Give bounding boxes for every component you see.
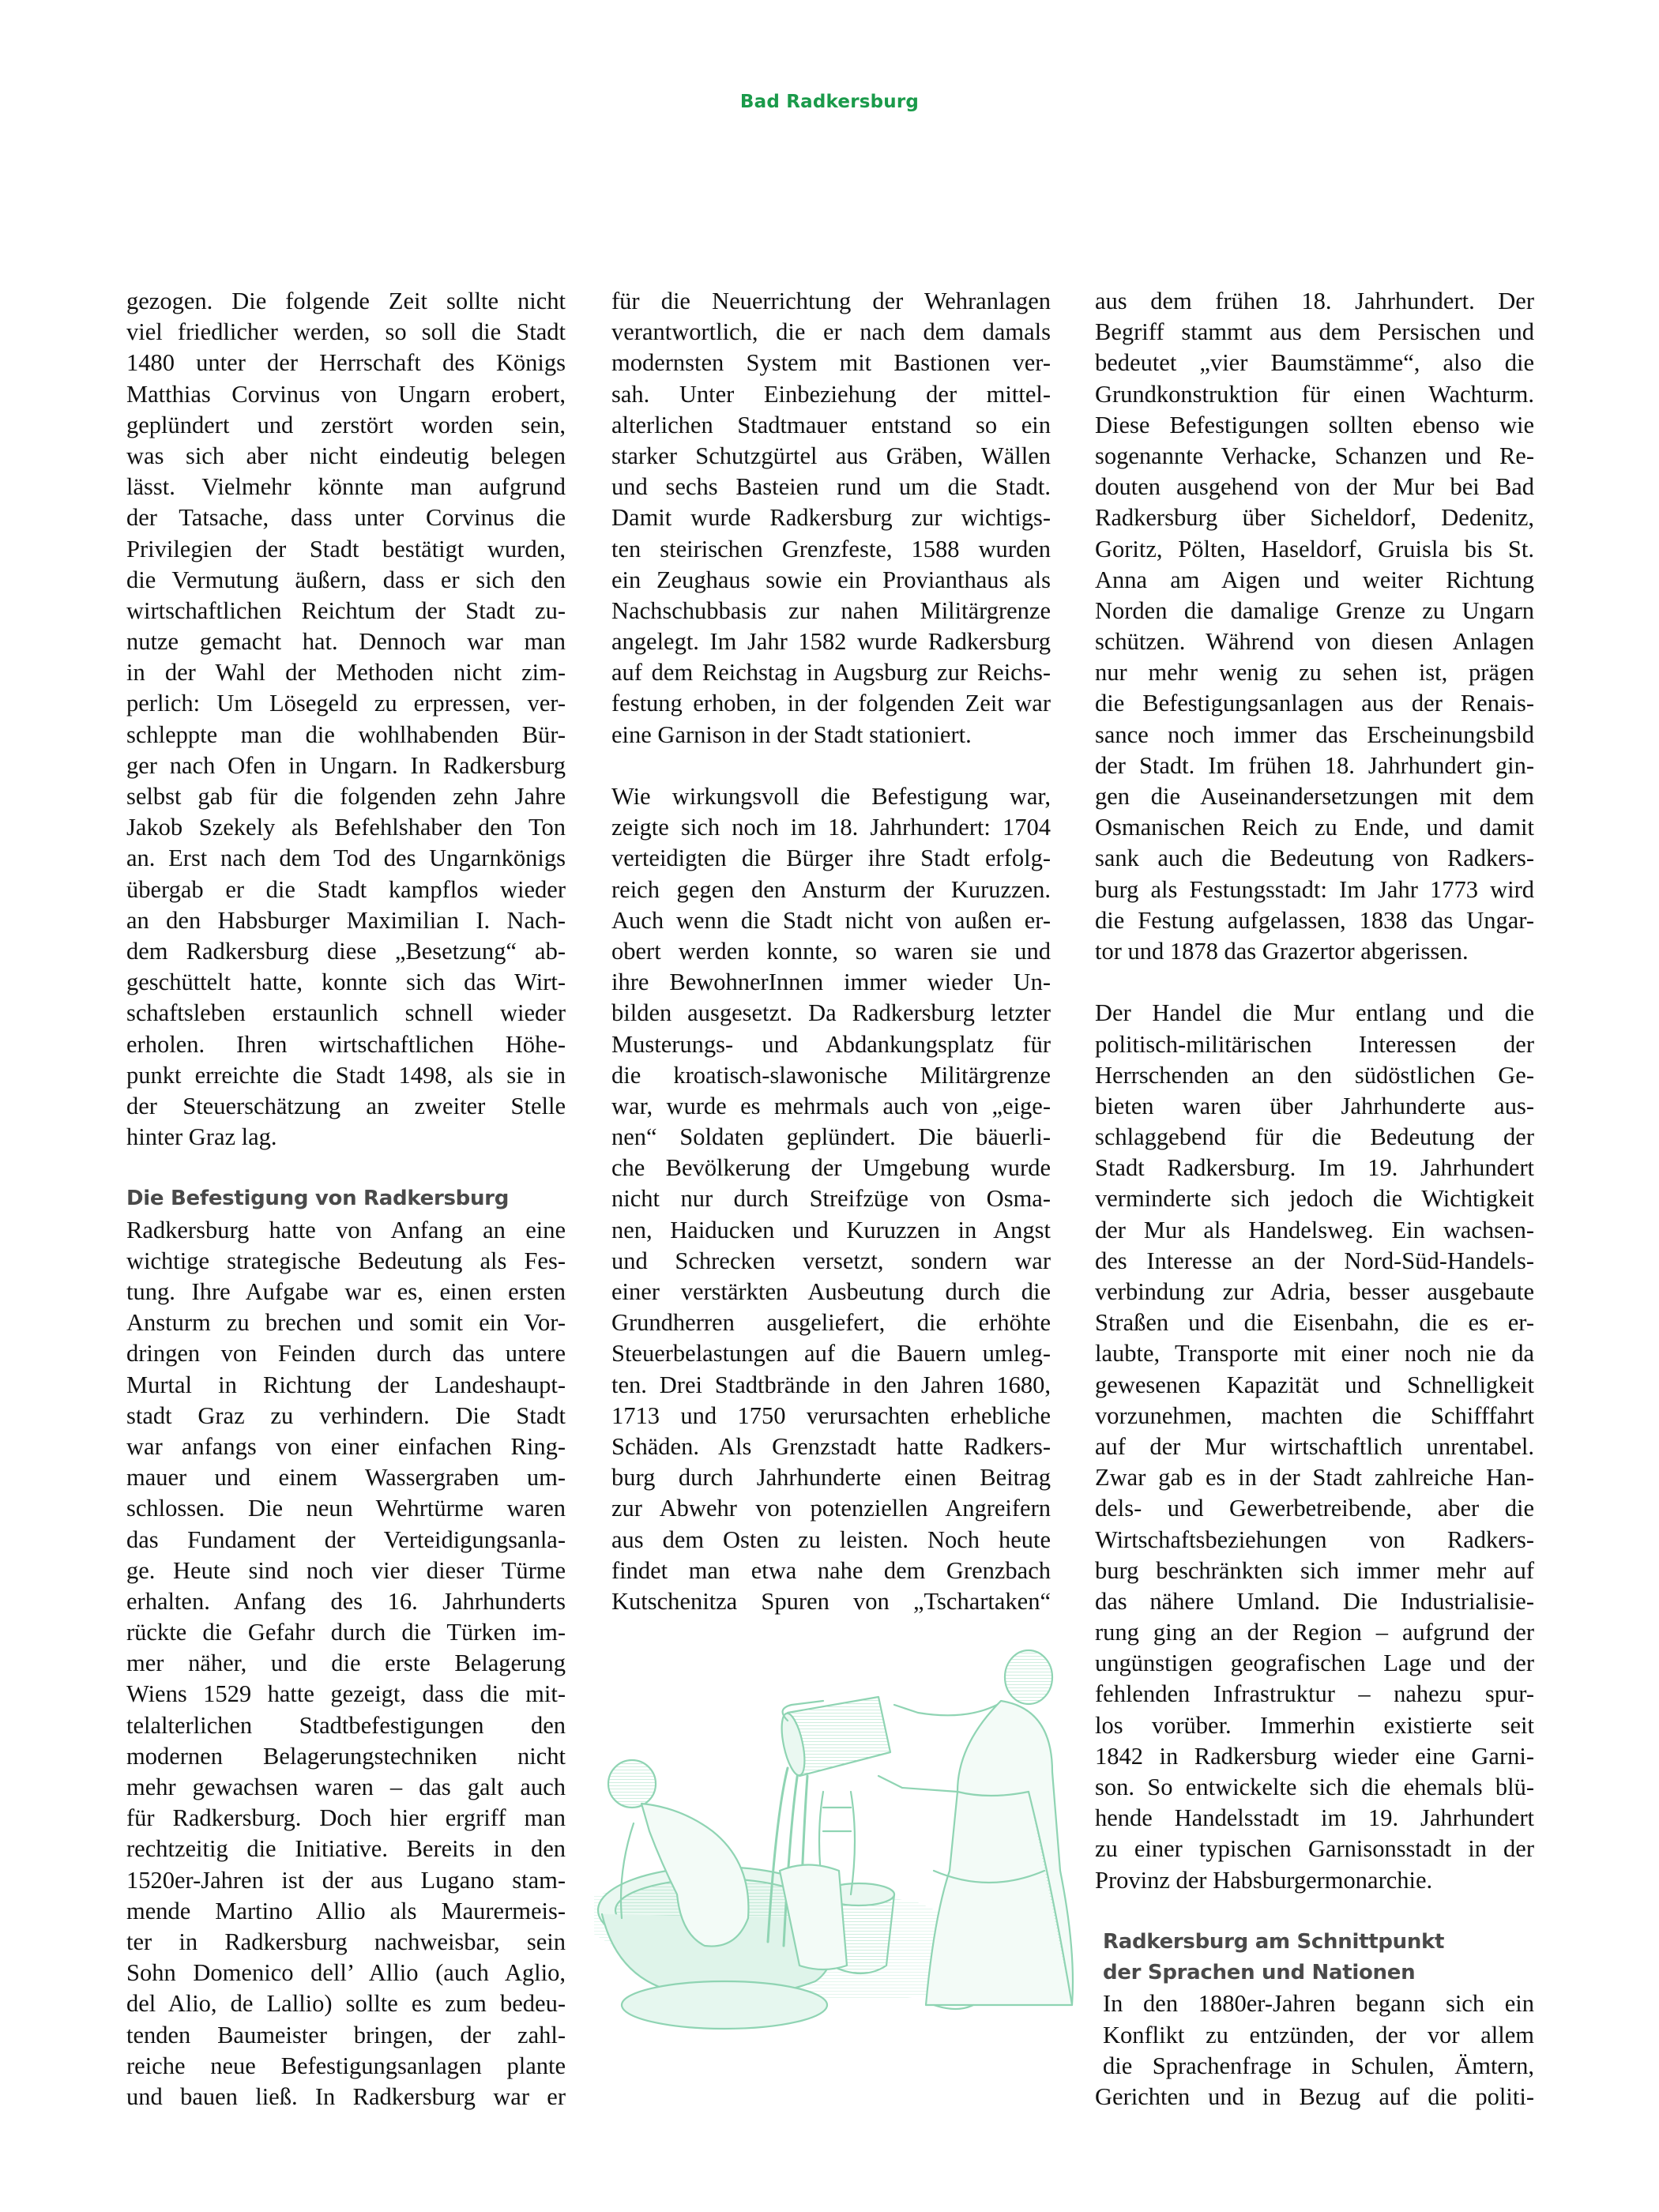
text-line: die Vermutung äußern, dass er sich den (126, 565, 566, 596)
text-line: die Festung aufgelassen, 1838 das Ungar- (1095, 905, 1534, 936)
paragraph: aus dem frühen 18. Jahrhundert. DerBegri… (1095, 286, 1534, 967)
text-line: zur Abwehr von potenziellen Angreifern (611, 1493, 1051, 1524)
text-line: Wiens 1529 hatte gezeigt, dass die mit- (126, 1679, 566, 1710)
text-line: burg durch Jahrhunderte einen Beitrag (611, 1462, 1051, 1493)
text-line: schaftsleben erstaunlich schnell wieder (126, 998, 566, 1029)
text-line: gen die Auseinandersetzungen mit dem (1095, 781, 1534, 812)
text-line: sance noch immer das Erscheinungsbild (1095, 720, 1534, 750)
text-line: findet man etwa nahe dem Grenzbach (611, 1556, 1051, 1586)
text-line: ihre BewohnerInnen immer wieder Un- (611, 967, 1051, 998)
text-line: und sechs Basteien rund um die Stadt. (611, 472, 1051, 502)
text-line: alterlichen Stadtmauer entstand so ein (611, 410, 1051, 441)
text-line: dringen von Feinden durch das untere (126, 1338, 566, 1369)
text-line: dels- und Gewerbetreibende, aber die (1095, 1493, 1534, 1524)
paragraph-gap (1095, 967, 1534, 998)
text-line: gewesenen Kapazität und Schnelligkeit (1095, 1370, 1534, 1401)
text-line: auf dem Reichstag in Augsburg zur Reichs… (611, 657, 1051, 688)
text-line: Stadt Radkersburg. Im 19. Jahrhundert (1095, 1153, 1534, 1183)
text-line: sah. Unter Einbeziehung der mittel- (611, 379, 1051, 410)
text-line: Grundkonstruktion für einen Wachturm. (1095, 379, 1534, 410)
text-line: tor und 1878 das Grazertor abgerissen. (1095, 936, 1534, 967)
text-line: und bauen ließ. In Radkersburg war er (126, 2082, 566, 2112)
text-line: reiche neue Befestigungsanlagen plante (126, 2051, 566, 2082)
text-line: Ansturm zu brechen und somit ein Vor- (126, 1307, 566, 1338)
text-line: vorzunehmen, machten die Schifffahrt (1095, 1401, 1534, 1431)
text-line: übergab er die Stadt kampflos wieder (126, 875, 566, 905)
text-line: in der Wahl der Methoden nicht zim- (126, 657, 566, 688)
text-line: erhalten. Anfang des 16. Jahrhunderts (126, 1586, 566, 1617)
paragraph-gap (611, 750, 1051, 781)
text-column-right: aus dem frühen 18. Jahrhundert. DerBegri… (1095, 286, 1534, 2112)
text-line: rung ging an der Region – aufgrund der (1095, 1617, 1534, 1648)
text-line: verteidigten die Bürger ihre Stadt erfol… (611, 843, 1051, 874)
text-line: tung. Ihre Aufgabe war es, einen ersten (126, 1277, 566, 1307)
text-line: Nachschubbasis zur nahen Militärgrenze (611, 596, 1051, 626)
text-line: son. So entwickelte sich die ehemals blü… (1095, 1772, 1534, 1803)
running-header-title: Bad Radkersburg (0, 92, 1659, 112)
text-column-middle: für die Neuerrichtung der Wehranlagenver… (611, 286, 1051, 1617)
text-line: politisch-militärischen Interessen der (1095, 1029, 1534, 1060)
text-line: Matthias Corvinus von Ungarn erobert, (126, 379, 566, 410)
text-line: Begriff stammt aus dem Persischen und (1095, 317, 1534, 348)
text-line: der Tatsache, dass unter Corvinus die (126, 502, 566, 533)
text-line: zeigte sich noch im 18. Jahrhundert: 170… (611, 812, 1051, 843)
text-line: Provinz der Habsburgermonarchie. (1095, 1865, 1534, 1896)
text-line: bedeutet „vier Baumstämme“, also die (1095, 348, 1534, 378)
text-line: Radkersburg über Sicheldorf, Dedenitz, (1095, 502, 1534, 533)
text-line: nen“ Soldaten geplündert. Die bäuerli- (611, 1122, 1051, 1153)
text-line: nutze gemacht hat. Dennoch war man (126, 626, 566, 657)
text-line: nen, Haiducken und Kuruzzen in Angst (611, 1215, 1051, 1246)
text-line: auf der Mur wirtschaftlich unrentabel. (1095, 1431, 1534, 1462)
text-line: Musterungs- und Abdankungsplatz für (611, 1029, 1051, 1060)
text-line: Schäden. Als Grenzstadt hatte Radkers- (611, 1431, 1051, 1462)
text-line: modernsten System mit Bastionen ver- (611, 348, 1051, 378)
text-line: ten steirischen Grenzfeste, 1588 wurden (611, 534, 1051, 565)
text-line: punkt erreichte die Stadt 1498, als sie … (126, 1060, 566, 1091)
text-line: Anna am Aigen und weiter Richtung (1095, 565, 1534, 596)
text-line: aus dem Osten zu leisten. Noch heute (611, 1525, 1051, 1556)
text-line: an. Erst nach dem Tod des Ungarnkönigs (126, 843, 566, 874)
bath-scene-illustration (586, 1634, 1092, 2052)
text-line: ge. Heute sind noch vier dieser Türme (126, 1556, 566, 1586)
text-line: perlich: Um Lösegeld zu erpressen, ver- (126, 688, 566, 719)
text-line: angelegt. Im Jahr 1582 wurde Radkersburg (611, 626, 1051, 657)
text-line: douten ausgehend von der Mur bei Bad (1095, 472, 1534, 502)
text-line: war, wurde es mehrmals auch von „eige- (611, 1091, 1051, 1122)
text-line: der Stadt. Im frühen 18. Jahrhundert gin… (1095, 750, 1534, 781)
text-line: des Interesse an der Nord-Süd-Handels- (1095, 1246, 1534, 1277)
text-line: eine Garnison in der Stadt stationiert. (611, 720, 1051, 750)
text-line: hinter Graz lag. (126, 1122, 566, 1153)
text-line: Straßen und die Eisenbahn, die es er- (1095, 1307, 1534, 1338)
text-line: das nähere Umland. Die Industrialisie- (1095, 1586, 1534, 1617)
text-line: Sohn Domenico dell’ Allio (auch Aglio, (126, 1958, 566, 1988)
text-line: Grundherren ausgeliefert, die erhöhte (611, 1307, 1051, 1338)
paragraph: Der Handel die Mur entlang und diepoliti… (1095, 998, 1534, 1895)
text-line: Privilegien der Stadt bestätigt wurden, (126, 534, 566, 565)
text-line: 1520er-Jahren ist der aus Lugano stam- (126, 1865, 566, 1896)
text-line: In den 1880er-Jahren begann sich ein (1095, 1988, 1534, 2019)
text-line: Osmanischen Reich zu Ende, und damit (1095, 812, 1534, 843)
paragraph: Wie wirkungsvoll die Befestigung war,zei… (611, 781, 1051, 1617)
text-line: Gerichten und in Bezug auf die politi- (1095, 2082, 1534, 2112)
text-line: los vorüber. Immerhin existierte seit (1095, 1710, 1534, 1741)
text-line: lässt. Vielmehr könnte man aufgrund (126, 472, 566, 502)
text-line: bilden ausgesetzt. Da Radkersburg letzte… (611, 998, 1051, 1029)
text-line: ungünstigen geografischen Lage und der (1095, 1648, 1534, 1679)
text-line: die Sprachenfrage in Schulen, Ämtern, (1095, 2051, 1534, 2082)
paragraph: In den 1880er-Jahren begann sich einKonf… (1095, 1988, 1534, 2112)
text-line: viel friedlicher werden, so soll die Sta… (126, 317, 566, 348)
text-line: festung erhoben, in der folgenden Zeit w… (611, 688, 1051, 719)
text-line: ten. Drei Stadtbrände in den Jahren 1680… (611, 1370, 1051, 1401)
text-line: Damit wurde Radkersburg zur wichtigs- (611, 502, 1051, 533)
text-line: sank auch die Bedeutung von Radkers- (1095, 843, 1534, 874)
text-line: gezogen. Die folgende Zeit sollte nicht (126, 286, 566, 317)
text-line: hende Handelsstadt im 19. Jahrhundert (1095, 1803, 1534, 1834)
text-line: bieten waren über Jahrhunderte aus- (1095, 1091, 1534, 1122)
text-line: del Alio, de Lallio) sollte es zum bedeu… (126, 1988, 566, 2019)
text-line: mende Martino Allio als Maurermeis- (126, 1896, 566, 1927)
section-heading-sprachen-line-1: Radkersburg am Schnittpunkt (1095, 1927, 1534, 1958)
text-line: Steuerbelastungen auf die Bauern umleg- (611, 1338, 1051, 1369)
text-line: selbst gab für die folgenden zehn Jahre (126, 781, 566, 812)
text-line: Herrschenden an den südöstlichen Ge- (1095, 1060, 1534, 1091)
text-line: zu einer typischen Garnisonsstadt in der (1095, 1834, 1534, 1864)
text-line: nur mehr wenig zu sehen ist, prägen (1095, 657, 1534, 688)
text-line: telalterlichen Stadtbefestigungen den (126, 1710, 566, 1741)
text-line: Wirtschaftsbeziehungen von Radkers- (1095, 1525, 1534, 1556)
text-line: das Fundament der Verteidigungsanla- (126, 1525, 566, 1556)
text-line: schlaggebend für die Bedeutung der (1095, 1122, 1534, 1153)
text-line: schützen. Während von diesen Anlagen (1095, 626, 1534, 657)
text-line: reich gegen den Ansturm der Kuruzzen. (611, 875, 1051, 905)
text-line: und Schrecken versetzt, sondern war (611, 1246, 1051, 1277)
text-line: rückte die Gefahr durch die Türken im- (126, 1617, 566, 1648)
text-line: wirtschaftlichen Reichtum der Stadt zu- (126, 596, 566, 626)
text-line: an den Habsburger Maximilian I. Nach- (126, 905, 566, 936)
text-line: Goritz, Pölten, Haseldorf, Gruisla bis S… (1095, 534, 1534, 565)
text-line: aus dem frühen 18. Jahrhundert. Der (1095, 286, 1534, 317)
text-line: Murtal in Richtung der Landeshaupt- (126, 1370, 566, 1401)
text-line: Auch wenn die Stadt nicht von außen er- (611, 905, 1051, 936)
paragraph: Radkersburg hatte von Anfang an einewich… (126, 1215, 566, 2112)
text-line: die kroatisch-slawonische Militärgrenze (611, 1060, 1051, 1091)
paragraph-gap (1095, 1896, 1534, 1927)
paragraph: für die Neuerrichtung der Wehranlagenver… (611, 286, 1051, 750)
text-line: Kutschenitza Spuren von „Tschartaken“ (611, 1586, 1051, 1617)
text-line: schlossen. Die neun Wehrtürme waren (126, 1493, 566, 1524)
text-line: obert werden konnte, so waren sie und (611, 936, 1051, 967)
paragraph: gezogen. Die folgende Zeit sollte nichtv… (126, 286, 566, 1153)
text-line: sogenannte Verhacke, Schanzen und Re- (1095, 441, 1534, 472)
text-line: mer näher, und die erste Belagerung (126, 1648, 566, 1679)
text-line: ein Zeughaus sowie ein Proviant­haus als (611, 565, 1051, 596)
text-line: dem Radkersburg diese „Besetzung“ ab- (126, 936, 566, 967)
section-heading-sprachen-line-2: der Sprachen und Nationen (1095, 1958, 1534, 1988)
text-line: Wie wirkungsvoll die Befestigung war, (611, 781, 1051, 812)
text-line: Zwar gab es in der Stadt zahlreiche Han- (1095, 1462, 1534, 1493)
bath-scene-engraving-icon (586, 1634, 1092, 2052)
text-line: Diese Befestigungen sollten ebenso wie (1095, 410, 1534, 441)
text-line: geschüttelt hatte, konnte sich das Wirt- (126, 967, 566, 998)
text-line: verminderte sich jedoch die Wichtigkeit (1095, 1183, 1534, 1214)
text-line: mauer und einem Wassergraben um- (126, 1462, 566, 1493)
text-line: mehr gewachsen waren – das galt auch (126, 1772, 566, 1803)
text-column-left: gezogen. Die folgende Zeit sollte nichtv… (126, 286, 566, 2112)
text-line: tenden Baumeister bringen, der zahl- (126, 2020, 566, 2051)
text-line: der Mur als Handelsweg. Ein wachsen- (1095, 1215, 1534, 1246)
text-line: was sich aber nicht eindeutig belegen (126, 441, 566, 472)
text-line: 1842 in Radkersburg wieder eine Garni- (1095, 1741, 1534, 1772)
text-line: geplündert und zerstört worden sein, (126, 410, 566, 441)
paragraph-gap (126, 1153, 566, 1183)
text-line: stadt Graz zu verhindern. Die Stadt (126, 1401, 566, 1431)
text-line: starker Schutzgürtel aus Gräben, Wällen (611, 441, 1051, 472)
text-line: fehlenden Infrastruktur – nahezu spur- (1095, 1679, 1534, 1710)
text-line: Radkersburg hatte von Anfang an eine (126, 1215, 566, 1246)
text-line: für die Neuerrichtung der Wehranlagen (611, 286, 1051, 317)
text-line: für Radkersburg. Doch hier ergriff man (126, 1803, 566, 1834)
text-line: wichtige strategische Bedeutung als Fes- (126, 1246, 566, 1277)
text-line: 1480 unter der Herrschaft des Königs (126, 348, 566, 378)
text-line: Jakob Szekely als Befehlshaber den Ton (126, 812, 566, 843)
text-line: war anfangs von einer einfachen Ring- (126, 1431, 566, 1462)
text-line: die Befestigungsanlagen aus der Renais- (1095, 688, 1534, 719)
text-line: 1713 und 1750 verursachten erhebliche (611, 1401, 1051, 1431)
text-line: erholen. Ihren wirtschaftlichen Höhe- (126, 1029, 566, 1060)
text-line: schleppte man die wohlhabenden Bür- (126, 720, 566, 750)
text-line: Konflikt zu entzünden, der vor allem (1095, 2020, 1534, 2051)
text-line: einer verstärkten Ausbeutung durch die (611, 1277, 1051, 1307)
text-line: der Steuerschätzung an zweiter Stelle (126, 1091, 566, 1122)
text-line: verantwortlich, die er nach dem damals (611, 317, 1051, 348)
text-line: nicht nur durch Streifzüge von Osma- (611, 1183, 1051, 1214)
text-line: modernen Belagerungstechniken nicht (126, 1741, 566, 1772)
text-line: che Bevölkerung der Umgebung wurde (611, 1153, 1051, 1183)
section-heading-befestigung: Die Befestigung von Radkersburg (126, 1183, 566, 1214)
text-line: rechtzeitig die Initiative. Bereits in d… (126, 1834, 566, 1864)
text-line: burg als Festungsstadt: Im Jahr 1773 wir… (1095, 875, 1534, 905)
text-line: burg beschränkten sich immer mehr auf (1095, 1556, 1534, 1586)
text-line: verbindung zur Adria, besser ausgebaute (1095, 1277, 1534, 1307)
text-line: ger nach Ofen in Ungarn. In Radkersburg (126, 750, 566, 781)
text-line: Der Handel die Mur entlang und die (1095, 998, 1534, 1029)
text-line: Norden die damalige Grenze zu Ungarn (1095, 596, 1534, 626)
text-line: laubte, Transporte mit einer noch nie da (1095, 1338, 1534, 1369)
text-line: ter in Radkersburg nachweisbar, sein (126, 1927, 566, 1958)
